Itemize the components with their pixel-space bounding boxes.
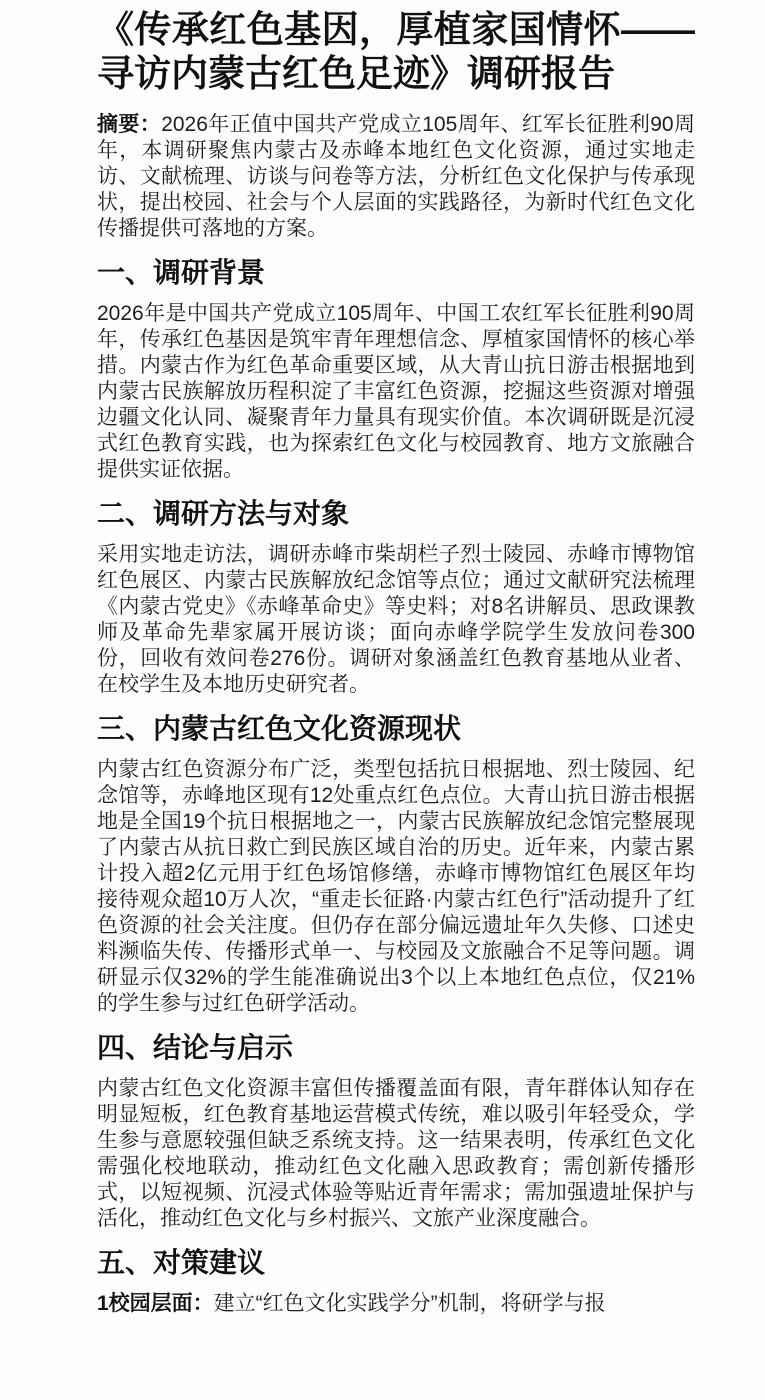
section-resources-status: 三、内蒙古红色文化资源现状 内蒙古红色资源分布广泛，类型包括抗日根据地、烈士陵园…	[97, 712, 695, 1017]
abstract-label: 摘要：	[97, 113, 161, 136]
section-suggestions-item: 1校园层面：建立“红色文化实践学分”机制，将研学与报	[97, 1291, 695, 1317]
section-methods-body: 采用实地走访法，调研赤峰市柴胡栏子烈士陵园、赤峰市博物馆红色展区、内蒙古民族解放…	[97, 542, 695, 698]
section-resources-status-heading: 三、内蒙古红色文化资源现状	[97, 712, 695, 746]
section-suggestions-heading: 五、对策建议	[97, 1246, 695, 1280]
section-background-body: 2026年是中国共产党成立105周年、中国工农红军长征胜利90周年，传承红色基因…	[97, 301, 695, 483]
report-document: 《传承红色基因，厚植家国情怀——寻访内蒙古红色足迹》调研报告 摘要：2026年正…	[0, 0, 765, 1400]
section-background: 一、调研背景 2026年是中国共产党成立105周年、中国工农红军长征胜利90周年…	[97, 256, 695, 483]
section-methods: 二、调研方法与对象 采用实地走访法，调研赤峰市柴胡栏子烈士陵园、赤峰市博物馆红色…	[97, 497, 695, 698]
section-suggestions: 五、对策建议 1校园层面：建立“红色文化实践学分”机制，将研学与报	[97, 1246, 695, 1317]
section-conclusions-heading: 四、结论与启示	[97, 1031, 695, 1065]
section-conclusions-body: 内蒙古红色文化资源丰富但传播覆盖面有限，青年群体认知存在明显短板，红色教育基地运…	[97, 1076, 695, 1232]
section-resources-status-body: 内蒙古红色资源分布广泛，类型包括抗日根据地、烈士陵园、纪念馆等，赤峰地区现有12…	[97, 757, 695, 1017]
section-background-heading: 一、调研背景	[97, 256, 695, 290]
report-title: 《传承红色基因，厚植家国情怀——寻访内蒙古红色足迹》调研报告	[97, 8, 695, 96]
abstract-paragraph: 摘要：2026年正值中国共产党成立105周年、红军长征胜利90周年，本调研聚焦内…	[97, 112, 695, 242]
abstract-text: 2026年正值中国共产党成立105周年、红军长征胜利90周年，本调研聚焦内蒙古及…	[97, 113, 695, 240]
section-conclusions: 四、结论与启示 内蒙古红色文化资源丰富但传播覆盖面有限，青年群体认知存在明显短板…	[97, 1031, 695, 1232]
suggestion-campus-label: 1校园层面：	[97, 1292, 214, 1315]
section-methods-heading: 二、调研方法与对象	[97, 497, 695, 531]
suggestion-campus-text: 建立“红色文化实践学分”机制，将研学与报	[214, 1292, 606, 1315]
